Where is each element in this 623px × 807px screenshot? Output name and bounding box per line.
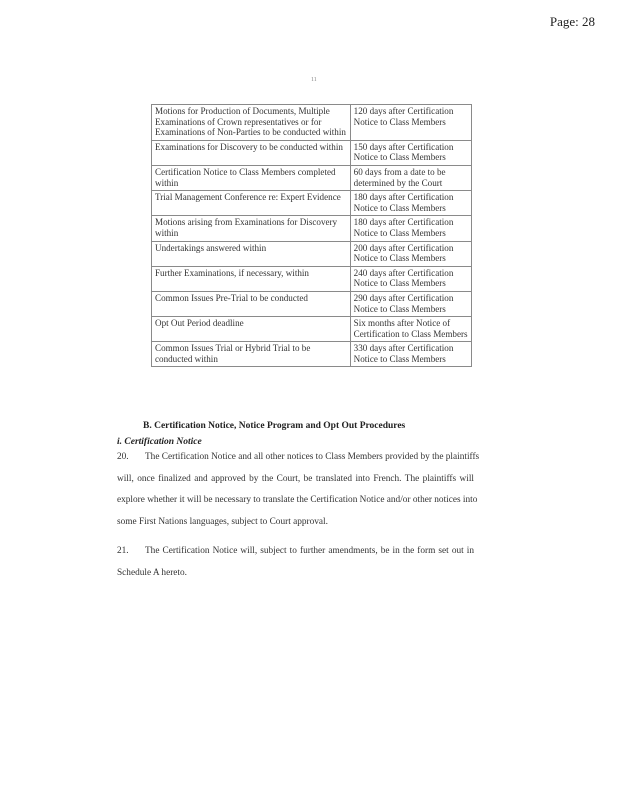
table-row: Examinations for Discovery to be conduct…	[152, 140, 472, 165]
table-row: Common Issues Trial or Hybrid Trial to b…	[152, 342, 472, 367]
step-cell: Certification Notice to Class Members co…	[152, 165, 351, 190]
paragraph-text: The Certification Notice and all other n…	[145, 452, 479, 462]
table-row: Certification Notice to Class Members co…	[152, 165, 472, 190]
page-label: Page: 28	[550, 14, 595, 30]
step-cell: Examinations for Discovery to be conduct…	[152, 140, 351, 165]
table-row: Motions for Production of Documents, Mul…	[152, 105, 472, 141]
step-cell: Common Issues Pre-Trial to be conducted	[152, 291, 351, 316]
paragraph-line: 20.The Certification Notice and all othe…	[117, 452, 474, 474]
table-row: Common Issues Pre-Trial to be conducted2…	[152, 291, 472, 316]
schedule-table: Motions for Production of Documents, Mul…	[151, 104, 472, 367]
deadline-cell: 180 days after Certification Notice to C…	[350, 191, 471, 216]
table-row: Motions arising from Examinations for Di…	[152, 216, 472, 241]
step-cell: Common Issues Trial or Hybrid Trial to b…	[152, 342, 351, 367]
deadline-cell: 200 days after Certification Notice to C…	[350, 241, 471, 266]
step-cell: Further Examinations, if necessary, with…	[152, 266, 351, 291]
paragraph-21: 21.The Certification Notice will, subjec…	[117, 546, 474, 589]
table-row: Undertakings answered within200 days aft…	[152, 241, 472, 266]
paragraph-line: some First Nations languages, subject to…	[117, 517, 474, 539]
paragraph-text: The Certification Notice will, subject t…	[145, 546, 474, 556]
paragraph-20: 20.The Certification Notice and all othe…	[117, 452, 474, 539]
step-cell: Undertakings answered within	[152, 241, 351, 266]
deadline-cell: 120 days after Certification Notice to C…	[350, 105, 471, 141]
section-heading: B. Certification Notice, Notice Program …	[143, 421, 405, 431]
deadline-cell: 240 days after Certification Notice to C…	[350, 266, 471, 291]
paragraph-number: 20.	[117, 452, 145, 462]
step-cell: Motions for Production of Documents, Mul…	[152, 105, 351, 141]
paragraph-number: 21.	[117, 546, 145, 556]
paragraph-line: explore whether it will be necessary to …	[117, 495, 474, 517]
deadline-cell: 180 days after Certification Notice to C…	[350, 216, 471, 241]
table-row: Further Examinations, if necessary, with…	[152, 266, 472, 291]
table-row: Trial Management Conference re: Expert E…	[152, 191, 472, 216]
subsection-heading: i. Certification Notice	[117, 437, 202, 447]
step-cell: Trial Management Conference re: Expert E…	[152, 191, 351, 216]
paragraph-line: Schedule A hereto.	[117, 568, 474, 590]
table-row: Opt Out Period deadlineSix months after …	[152, 317, 472, 342]
deadline-cell: 330 days after Certification Notice to C…	[350, 342, 471, 367]
deadline-cell: 60 days from a date to be determined by …	[350, 165, 471, 190]
paragraph-line: will, once finalized and approved by the…	[117, 474, 474, 496]
deadline-cell: 290 days after Certification Notice to C…	[350, 291, 471, 316]
document-page-number: 11	[311, 77, 317, 83]
paragraph-line: 21.The Certification Notice will, subjec…	[117, 546, 474, 568]
deadline-cell: 150 days after Certification Notice to C…	[350, 140, 471, 165]
step-cell: Opt Out Period deadline	[152, 317, 351, 342]
step-cell: Motions arising from Examinations for Di…	[152, 216, 351, 241]
deadline-cell: Six months after Notice of Certification…	[350, 317, 471, 342]
